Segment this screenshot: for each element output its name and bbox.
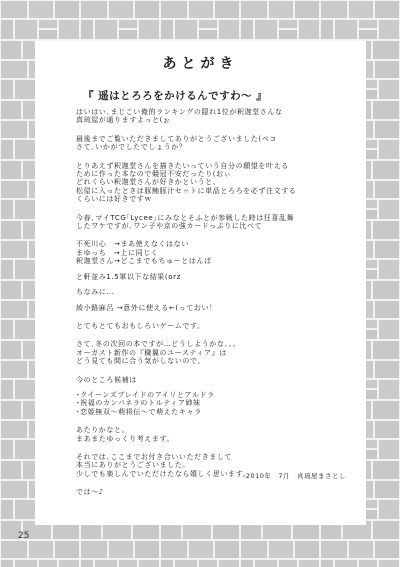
- page-number: 25: [18, 531, 29, 541]
- paragraph: では～♪: [76, 488, 366, 496]
- paragraph: 今のところ候補は: [76, 376, 366, 384]
- paragraph: はいはい､まじこい俺的ランキングの隠れ1位が釈迦堂さんな 真琉屋が通りますよっと…: [76, 108, 366, 125]
- paragraph: 最後までご覧いただきましてありがとうございました(ペコ さて､いかがでしたでしょ…: [76, 135, 366, 152]
- paragraph: 今春､マイTCG｢Lycee｣にみなとそふとが参戦した時は狂喜乱舞 したワケです…: [76, 214, 366, 231]
- paragraph: ちなみに…: [76, 288, 366, 296]
- paragraph: 綾小路麻呂 →意外に使える←(っておい！: [76, 304, 366, 312]
- paragraph: あたりかなと。 まあまたゆっくり考えます。: [76, 426, 366, 443]
- paragraph: さて､冬の次回の本ですが…どうしようかな。。。 オーガスト新作の『穢翼のユーステ…: [76, 340, 366, 365]
- paragraph: ･クイーンズブレイドのアイリとアルドラ ･祝福のカンパネラのトルティア姉妹 ･恋…: [76, 391, 366, 416]
- afterword-body: はいはい､まじこい俺的ランキングの隠れ1位が釈迦堂さんな 真琉屋が通りますよっと…: [76, 108, 366, 507]
- paragraph: 不死川心 →まあ使えなくはない まゆっち →上に同じく 釈迦堂さん→どこまでもち…: [76, 240, 366, 265]
- paragraph: とりあえず釈迦堂さんを描きたいっていう自分の願望を叶える ために作った本なので競…: [76, 162, 366, 204]
- signature: 2010年 7月 真琉屋まさとし: [246, 471, 346, 480]
- paragraph: と軒並み1.5軍以下な結果(orz: [76, 273, 366, 281]
- afterword-panel: あとがき 『 遥はとろろをかけるんですわ～ 』 はいはい､まじこい俺的ランキング…: [35, 41, 366, 525]
- page-title: あとがき: [35, 53, 366, 73]
- paragraph: とてもとてもおもしろいゲームです。: [76, 322, 366, 330]
- afterword-subtitle: 『 遥はとろろをかけるんですわ～ 』: [83, 88, 267, 103]
